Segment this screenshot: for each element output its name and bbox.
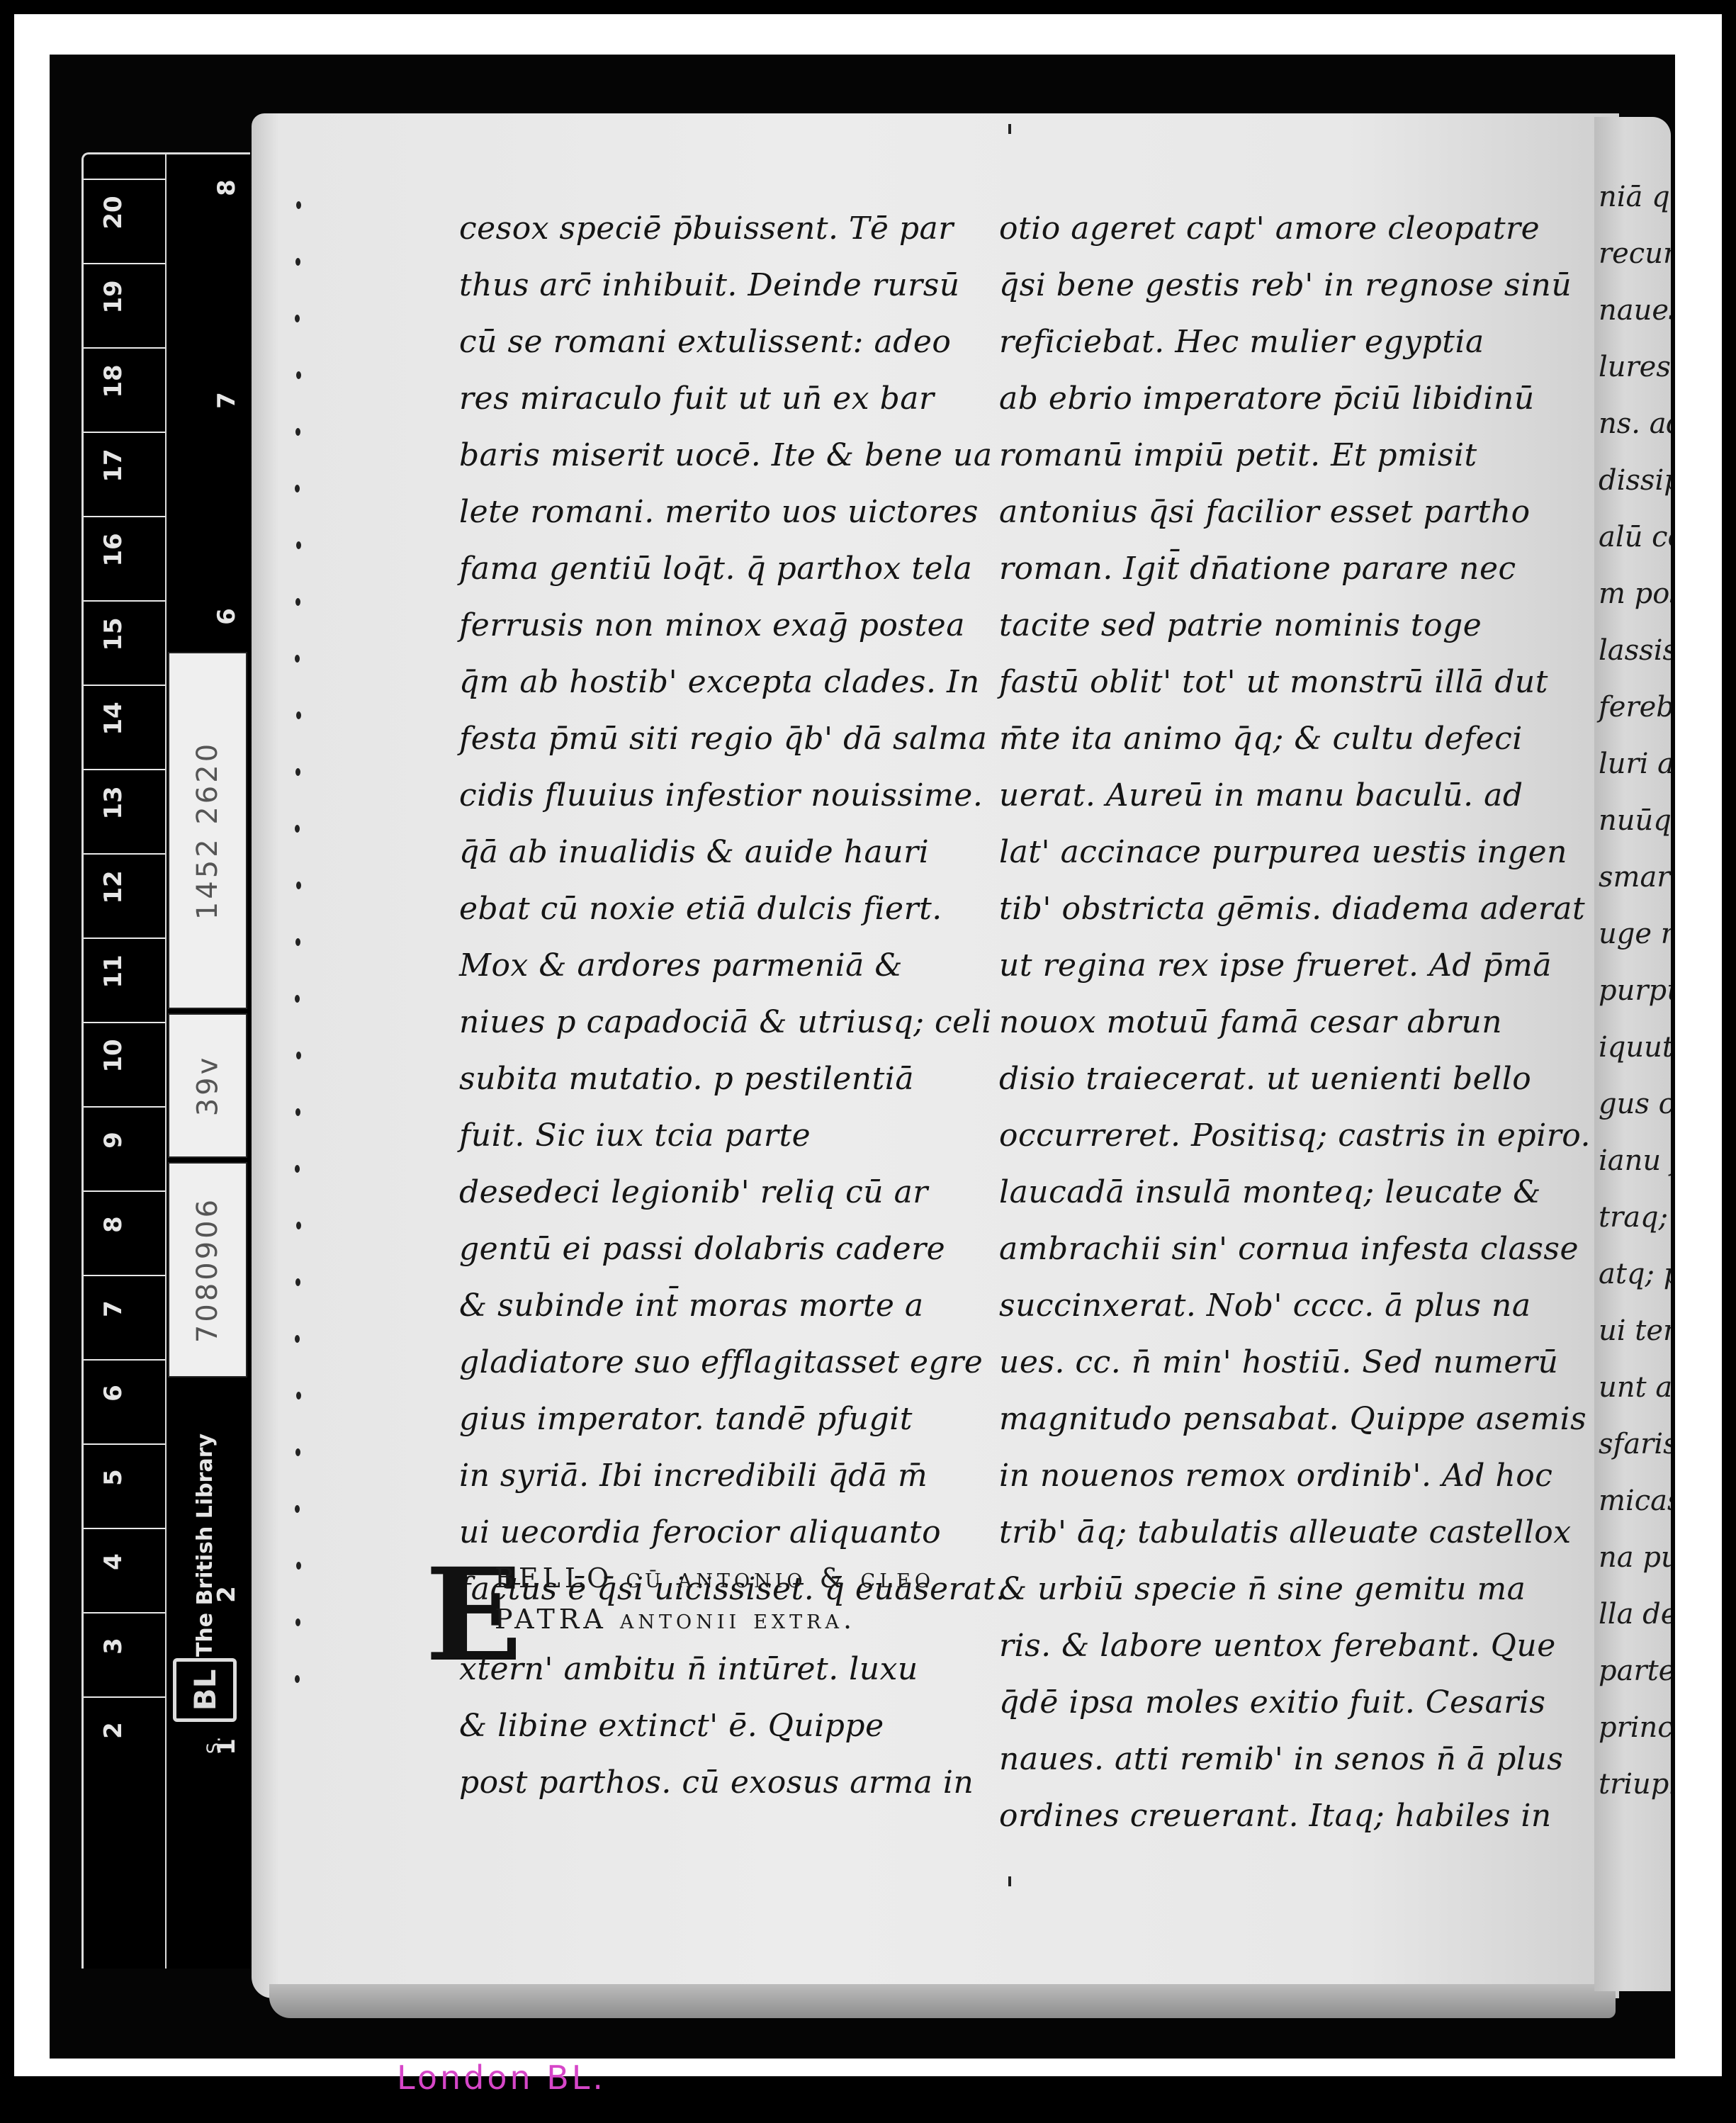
manuscript-line: ab ebrio imperatore p̄ciū libidinū <box>999 371 1566 427</box>
manuscript-line: fastū oblit' tot' ut monstrū illā dut <box>999 654 1566 711</box>
facing-page-line: m post u <box>1599 578 1671 610</box>
cm-label: 13 <box>99 782 128 824</box>
manuscript-line: thus arc̄ inhibuit. Deinde rursū <box>459 257 983 314</box>
manuscript-line: ris. & labore uentox ferebant. Que <box>999 1618 1566 1674</box>
pricking-mark <box>296 1052 301 1059</box>
facing-page-line: lures adon <box>1599 351 1671 383</box>
cm-tick <box>84 600 165 602</box>
cm-label: 19 <box>99 276 128 318</box>
cm-tick <box>84 179 165 180</box>
pricking-mark <box>295 938 300 946</box>
cm-tick <box>84 347 165 349</box>
manuscript-line: Mox & ardores parmeniā & <box>459 937 983 994</box>
manuscript-line: ferrusis non minox exaḡ postea <box>459 597 983 654</box>
manuscript-line: lat' accinace purpurea uestis ingen <box>999 824 1566 881</box>
manuscript-line: desedeci legionib' reliq cū ar <box>459 1164 983 1221</box>
cm-label: 9 <box>99 1119 128 1161</box>
manuscript-line: trib' āq; tabulatis alleuate castellox <box>999 1504 1566 1561</box>
facing-page-line: triupho <box>1599 1768 1671 1801</box>
pricking-mark <box>296 371 301 379</box>
facing-page-line: lassis nāfr <box>1599 634 1671 667</box>
cm-tick <box>84 1443 165 1445</box>
pricking-mark <box>295 485 300 492</box>
pricking-mark <box>296 1562 301 1570</box>
leaf-bottom-edge <box>269 1984 1616 2018</box>
manuscript-line: & urbiū specie n̄ sine gemitu ma <box>999 1561 1566 1618</box>
manuscript-line: laucadā insulā monteq; leucate & <box>999 1164 1566 1221</box>
facing-page-line: ui tenet <box>1599 1314 1671 1347</box>
manuscript-line: ebat cū noxie etiā dulcis fiert. <box>459 881 983 937</box>
cm-label: 7 <box>99 1288 128 1330</box>
cm-tick <box>84 1696 165 1698</box>
manuscript-line: roman. Igit̄ dn̄atione parare nec <box>999 541 1566 597</box>
manuscript-line: fuit. Sic iux tcia parte <box>459 1108 983 1164</box>
pricking-mark <box>295 1675 300 1683</box>
text-column-right: otio ageret capt' amore cleopatreq̄si be… <box>999 201 1566 1845</box>
manuscript-line: post parthos. cū exosus arma in <box>459 1755 983 1811</box>
facing-page-line: nuūq; in <box>1599 804 1671 837</box>
brand-text: The British Library <box>193 1433 218 1656</box>
cm-label: 5 <box>99 1456 128 1499</box>
cm-label: 12 <box>99 866 128 908</box>
cm-tick <box>84 516 165 517</box>
inch-label: 8 <box>213 167 241 209</box>
cm-label: 8 <box>99 1203 128 1246</box>
facing-page-edge: niā que nrecursusnaues & aclures adonns.… <box>1594 117 1671 1991</box>
cm-tick <box>84 1528 165 1529</box>
bl-logo-icon: BL <box>173 1658 237 1722</box>
text-column-left-continued: xtern' ambitu n̄ intūret. luxu& libine e… <box>459 1641 983 1811</box>
rubric-block: BELLO cū antonio & cleoPATRA antonii ext… <box>459 1558 983 1640</box>
inch-label: 7 <box>213 379 241 422</box>
manuscript-line: q̄ā ab inualidis & auide hauri <box>459 824 983 881</box>
pricking-mark <box>295 1335 300 1343</box>
manuscript-line: in nouenos remox ordinib'. Ad hoc <box>999 1448 1566 1504</box>
facing-page-line: smaria <box>1599 861 1671 894</box>
manuscript-line: xtern' ambitu n̄ intūret. luxu <box>459 1641 983 1698</box>
cm-tick <box>84 769 165 770</box>
pricking-mark <box>295 1505 300 1513</box>
cm-tick <box>84 1022 165 1023</box>
folio-label: 39v <box>168 1013 247 1158</box>
pricking-mark <box>295 1618 300 1626</box>
manuscript-line: occurreret. Positisq; castris in epiro. <box>999 1108 1566 1164</box>
facing-page-line: parte re <box>1599 1655 1671 1687</box>
pricking-mark <box>295 655 300 663</box>
manuscript-line: cesox speciē p̄buissent. Tē par <box>459 201 983 257</box>
manuscript-line: reficiebat. Hec mulier egyptia <box>999 314 1566 371</box>
pricking-mark <box>295 768 300 776</box>
manuscript-line: q̄m ab hostib' excepta clades. In <box>459 654 983 711</box>
manuscript-line: BELLO cū antonio & cleo <box>459 1558 983 1599</box>
cm-label: 18 <box>99 360 128 402</box>
ruling-mark <box>1008 1876 1011 1886</box>
manuscript-line: baris miserit uocē. Ite & bene ua <box>459 427 983 484</box>
manuscript-line: & subinde int̄ moras morte a <box>459 1278 983 1334</box>
pricking-mark <box>295 598 300 606</box>
cm-label: 20 <box>99 191 128 234</box>
negative-number-label: 7080906 <box>168 1162 247 1378</box>
manuscript-line: cidis fluuius infestior nouissime. <box>459 767 983 824</box>
cm-label: 16 <box>99 529 128 571</box>
manuscript-line: ui uecordia ferocior aliquanto <box>459 1504 983 1561</box>
manuscript-line: succinxerat. Nob' cccc. ā plus na <box>999 1278 1566 1334</box>
cm-tick <box>84 1359 165 1361</box>
manuscript-line: nouox motuū famā cesar abrun <box>999 994 1566 1051</box>
manuscript-line: gentū ei passi dolabris cadere <box>459 1221 983 1278</box>
manuscript-line: & libine extinct' ē. Quippe <box>459 1698 983 1755</box>
facing-page-line: ferebat ara <box>1599 691 1671 723</box>
pricking-mark <box>295 825 300 833</box>
pricking-mark <box>295 1165 300 1173</box>
shelfmark-label: 1452 2620 <box>168 652 247 1009</box>
cm-tick <box>84 1190 165 1192</box>
british-library-brand: The British Library <box>167 1460 244 1630</box>
cm-tick <box>84 937 165 939</box>
pricking-mark <box>295 258 300 266</box>
facing-page-line: na pud <box>1599 1541 1671 1574</box>
cm-label: 10 <box>99 1035 128 1077</box>
manuscript-line: lete romani. merito uos uictores <box>459 484 983 541</box>
pricking-mark <box>296 882 301 889</box>
pricking-mark <box>295 995 300 1003</box>
manuscript-line: res miraculo fuit ut un̄ ex bar <box>459 371 983 427</box>
manuscript-line: festa p̄mū siti regio q̄b' dā salma <box>459 711 983 767</box>
pricking-mark <box>295 1108 300 1116</box>
manuscript-line: q̄si bene gestis reb' in regnose sinū <box>999 257 1566 314</box>
manuscript-line: otio ageret capt' amore cleopatre <box>999 201 1566 257</box>
manuscript-line: tacite sed patrie nominis toge <box>999 597 1566 654</box>
cm-tick <box>84 1106 165 1108</box>
inch-label: 6 <box>213 595 241 638</box>
manuscript-line: magnitudo pensabat. Quippe asemis <box>999 1391 1566 1448</box>
manuscript-line: ordines creuerant. Itaq; habiles in <box>999 1788 1566 1845</box>
manuscript-line: antonius q̄si facilior esset partho <box>999 484 1566 541</box>
pricking-mark <box>295 428 300 436</box>
pricking-mark <box>296 711 301 719</box>
cm-label: 2 <box>99 1709 128 1752</box>
text-column-left: cesox speciē p̄buissent. Tē parthus arc̄… <box>459 201 983 1618</box>
facing-page-line: luri asie <box>1599 748 1671 780</box>
facing-page-line: iquut a <box>1599 1031 1671 1064</box>
cm-label: 17 <box>99 444 128 487</box>
cm-label: 14 <box>99 697 128 740</box>
cm-label: 11 <box>99 950 128 993</box>
facing-page-line: niā que n <box>1599 181 1671 213</box>
manuscript-line: niues p capadociā & utriusq; celi <box>459 994 983 1051</box>
facing-page-line: uge regin <box>1599 918 1671 950</box>
folio-text: 39v <box>191 1055 224 1117</box>
pricking-mark <box>295 1448 300 1456</box>
cm-tick <box>84 853 165 855</box>
logo-text: BL <box>188 1669 222 1711</box>
cm-label: 4 <box>99 1541 128 1583</box>
manuscript-line: gladiatore suo efflagitasset egre <box>459 1334 983 1391</box>
facing-page-line: atq; p <box>1599 1258 1671 1290</box>
facing-page-line: alū copia <box>1599 521 1671 553</box>
facing-page-line: recursus <box>1599 237 1671 270</box>
manuscript-line: in syriā. Ibi incredibili q̄dā m̄ <box>459 1448 983 1504</box>
manuscript-line: tib' obstricta gēmis. diadema aderat <box>999 881 1566 937</box>
manuscript-line: ambrachii sin' cornua infesta classe <box>999 1221 1566 1278</box>
manuscript-line: romanū impiū petit. Et pmisit <box>999 427 1566 484</box>
facing-page-line: dissipauer <box>1599 464 1671 497</box>
archive-annotation: London BL. <box>397 2059 606 2097</box>
manuscript-line: q̄dē ipsa moles exitio fuit. Cesaris <box>999 1674 1566 1731</box>
pricking-mark <box>295 315 300 322</box>
pricking-mark <box>296 1222 301 1229</box>
cm-label: 6 <box>99 1372 128 1414</box>
manuscript-line: naues. atti remib' in senos n̄ ā plus <box>999 1731 1566 1788</box>
manuscript-line: uerat. Aureū in manu baculū. ad <box>999 767 1566 824</box>
facing-page-line: purpurec <box>1599 974 1671 1007</box>
pricking-mark <box>296 201 301 209</box>
cm-label: 3 <box>99 1625 128 1667</box>
shelfmark-text: 1452 2620 <box>191 741 224 920</box>
manuscript-line: ut regina rex ipse frueret. Ad p̄mā <box>999 937 1566 994</box>
facing-page-line: gus cesa <box>1599 1088 1671 1120</box>
facing-page-line: micas fru <box>1599 1485 1671 1517</box>
manuscript-line: disio traiecerat. ut uenienti bello <box>999 1051 1566 1108</box>
manuscript-line: PATRA antonii extra. <box>459 1599 983 1640</box>
manuscript-line: cū se romani extulissent: adeo <box>459 314 983 371</box>
cm-tick <box>84 1275 165 1276</box>
cm-tick <box>84 263 165 264</box>
pricking-mark <box>296 541 301 549</box>
cm-tick <box>84 432 165 433</box>
facing-page-line: unt am <box>1599 1371 1671 1404</box>
cm-tick <box>84 685 165 686</box>
facing-page-line: principe <box>1599 1711 1671 1744</box>
facing-page-line: naues & ac <box>1599 294 1671 327</box>
pricking-mark <box>295 1278 300 1286</box>
facing-page-line: traq; eg <box>1599 1201 1671 1234</box>
manuscript-line: subita mutatio. p pestilentiā <box>459 1051 983 1108</box>
manuscript-line: fama gentiū loq̄t. q̄ parthox tela <box>459 541 983 597</box>
negative-number-text: 7080906 <box>191 1197 224 1343</box>
pricking-mark <box>296 1392 301 1400</box>
manuscript-line: m̄te ita animo q̄q; & cultu defeci <box>999 711 1566 767</box>
ruling-mark <box>1008 124 1011 134</box>
manuscript-line: gius imperator. tandē pfugit <box>459 1391 983 1448</box>
facing-page-line: lla deu <box>1599 1598 1671 1631</box>
facing-page-line: ianu fu <box>1599 1144 1671 1177</box>
facing-page-line: sfaris p <box>1599 1428 1671 1460</box>
cm-label: 15 <box>99 613 128 655</box>
manuscript-line: ues. cc. n̄ min' hostiū. Sed numerū <box>999 1334 1566 1391</box>
ruler-corner-mark: S. <box>203 1737 225 1755</box>
cm-tick <box>84 1612 165 1614</box>
facing-page-line: ns. ad hoc <box>1599 407 1671 440</box>
